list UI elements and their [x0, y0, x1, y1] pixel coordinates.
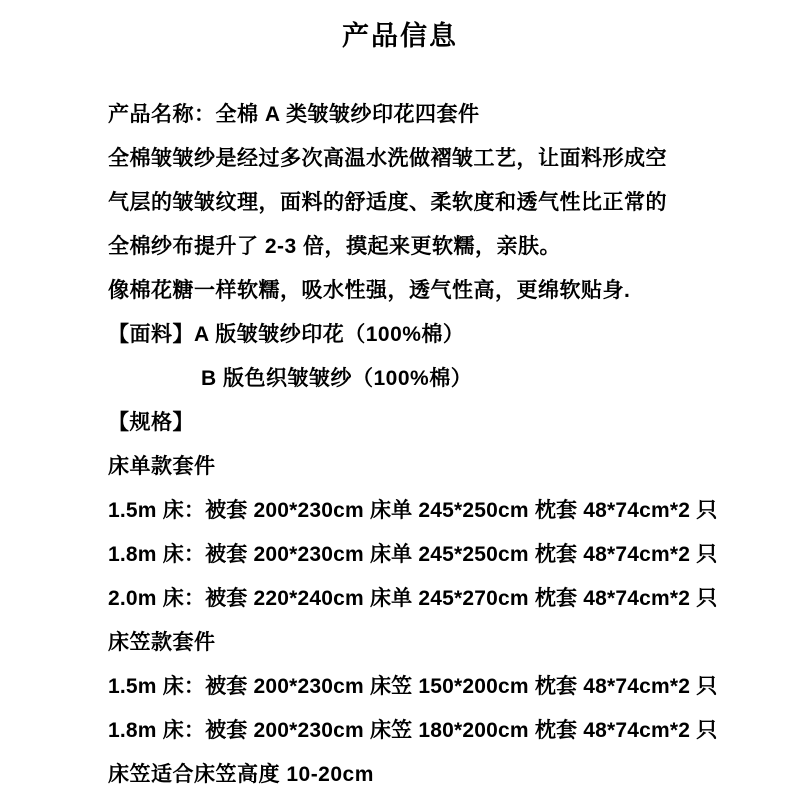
document-body: 产品名称：全棉 A 类皱皱纱印花四套件 全棉皱皱纱是经过多次高温水洗做褶皱工艺，… — [108, 103, 704, 786]
fabric-line-b: B 版色织皱皱纱（100%棉） — [108, 367, 704, 390]
page-title: 产品信息 — [0, 0, 800, 53]
description-line-2: 气层的皱皱纹理，面料的舒适度、柔软度和透气性比正常的 — [108, 191, 704, 214]
description-line-1: 全棉皱皱纱是经过多次高温水洗做褶皱工艺，让面料形成空 — [108, 147, 704, 170]
product-name-line: 产品名称：全棉 A 类皱皱纱印花四套件 — [108, 103, 704, 126]
fitted-sheet-set-heading: 床笠款套件 — [108, 631, 704, 654]
description-line-4: 像棉花糖一样软糯，吸水性强，透气性高，更绵软贴身. — [108, 279, 704, 302]
fabric-line-a: 【面料】A 版皱皱纱印花（100%棉） — [108, 323, 704, 346]
product-info-document: 产品信息 产品名称：全棉 A 类皱皱纱印花四套件 全棉皱皱纱是经过多次高温水洗做… — [0, 0, 800, 800]
flat-sheet-spec-1-5m: 1.5m 床：被套 200*230cm 床单 245*250cm 枕套 48*7… — [108, 499, 704, 522]
fitted-sheet-spec-1-8m: 1.8m 床：被套 200*230cm 床笠 180*200cm 枕套 48*7… — [108, 719, 704, 742]
flat-sheet-spec-1-8m: 1.8m 床：被套 200*230cm 床单 245*250cm 枕套 48*7… — [108, 543, 704, 566]
fitted-sheet-spec-1-5m: 1.5m 床：被套 200*230cm 床笠 150*200cm 枕套 48*7… — [108, 675, 704, 698]
flat-sheet-set-heading: 床单款套件 — [108, 455, 704, 478]
fitted-sheet-height-note: 床笠适合床笠高度 10-20cm — [108, 763, 704, 786]
spec-heading: 【规格】 — [108, 411, 704, 434]
flat-sheet-spec-2-0m: 2.0m 床：被套 220*240cm 床单 245*270cm 枕套 48*7… — [108, 587, 704, 610]
description-line-3: 全棉纱布提升了 2-3 倍，摸起来更软糯，亲肤。 — [108, 235, 704, 258]
